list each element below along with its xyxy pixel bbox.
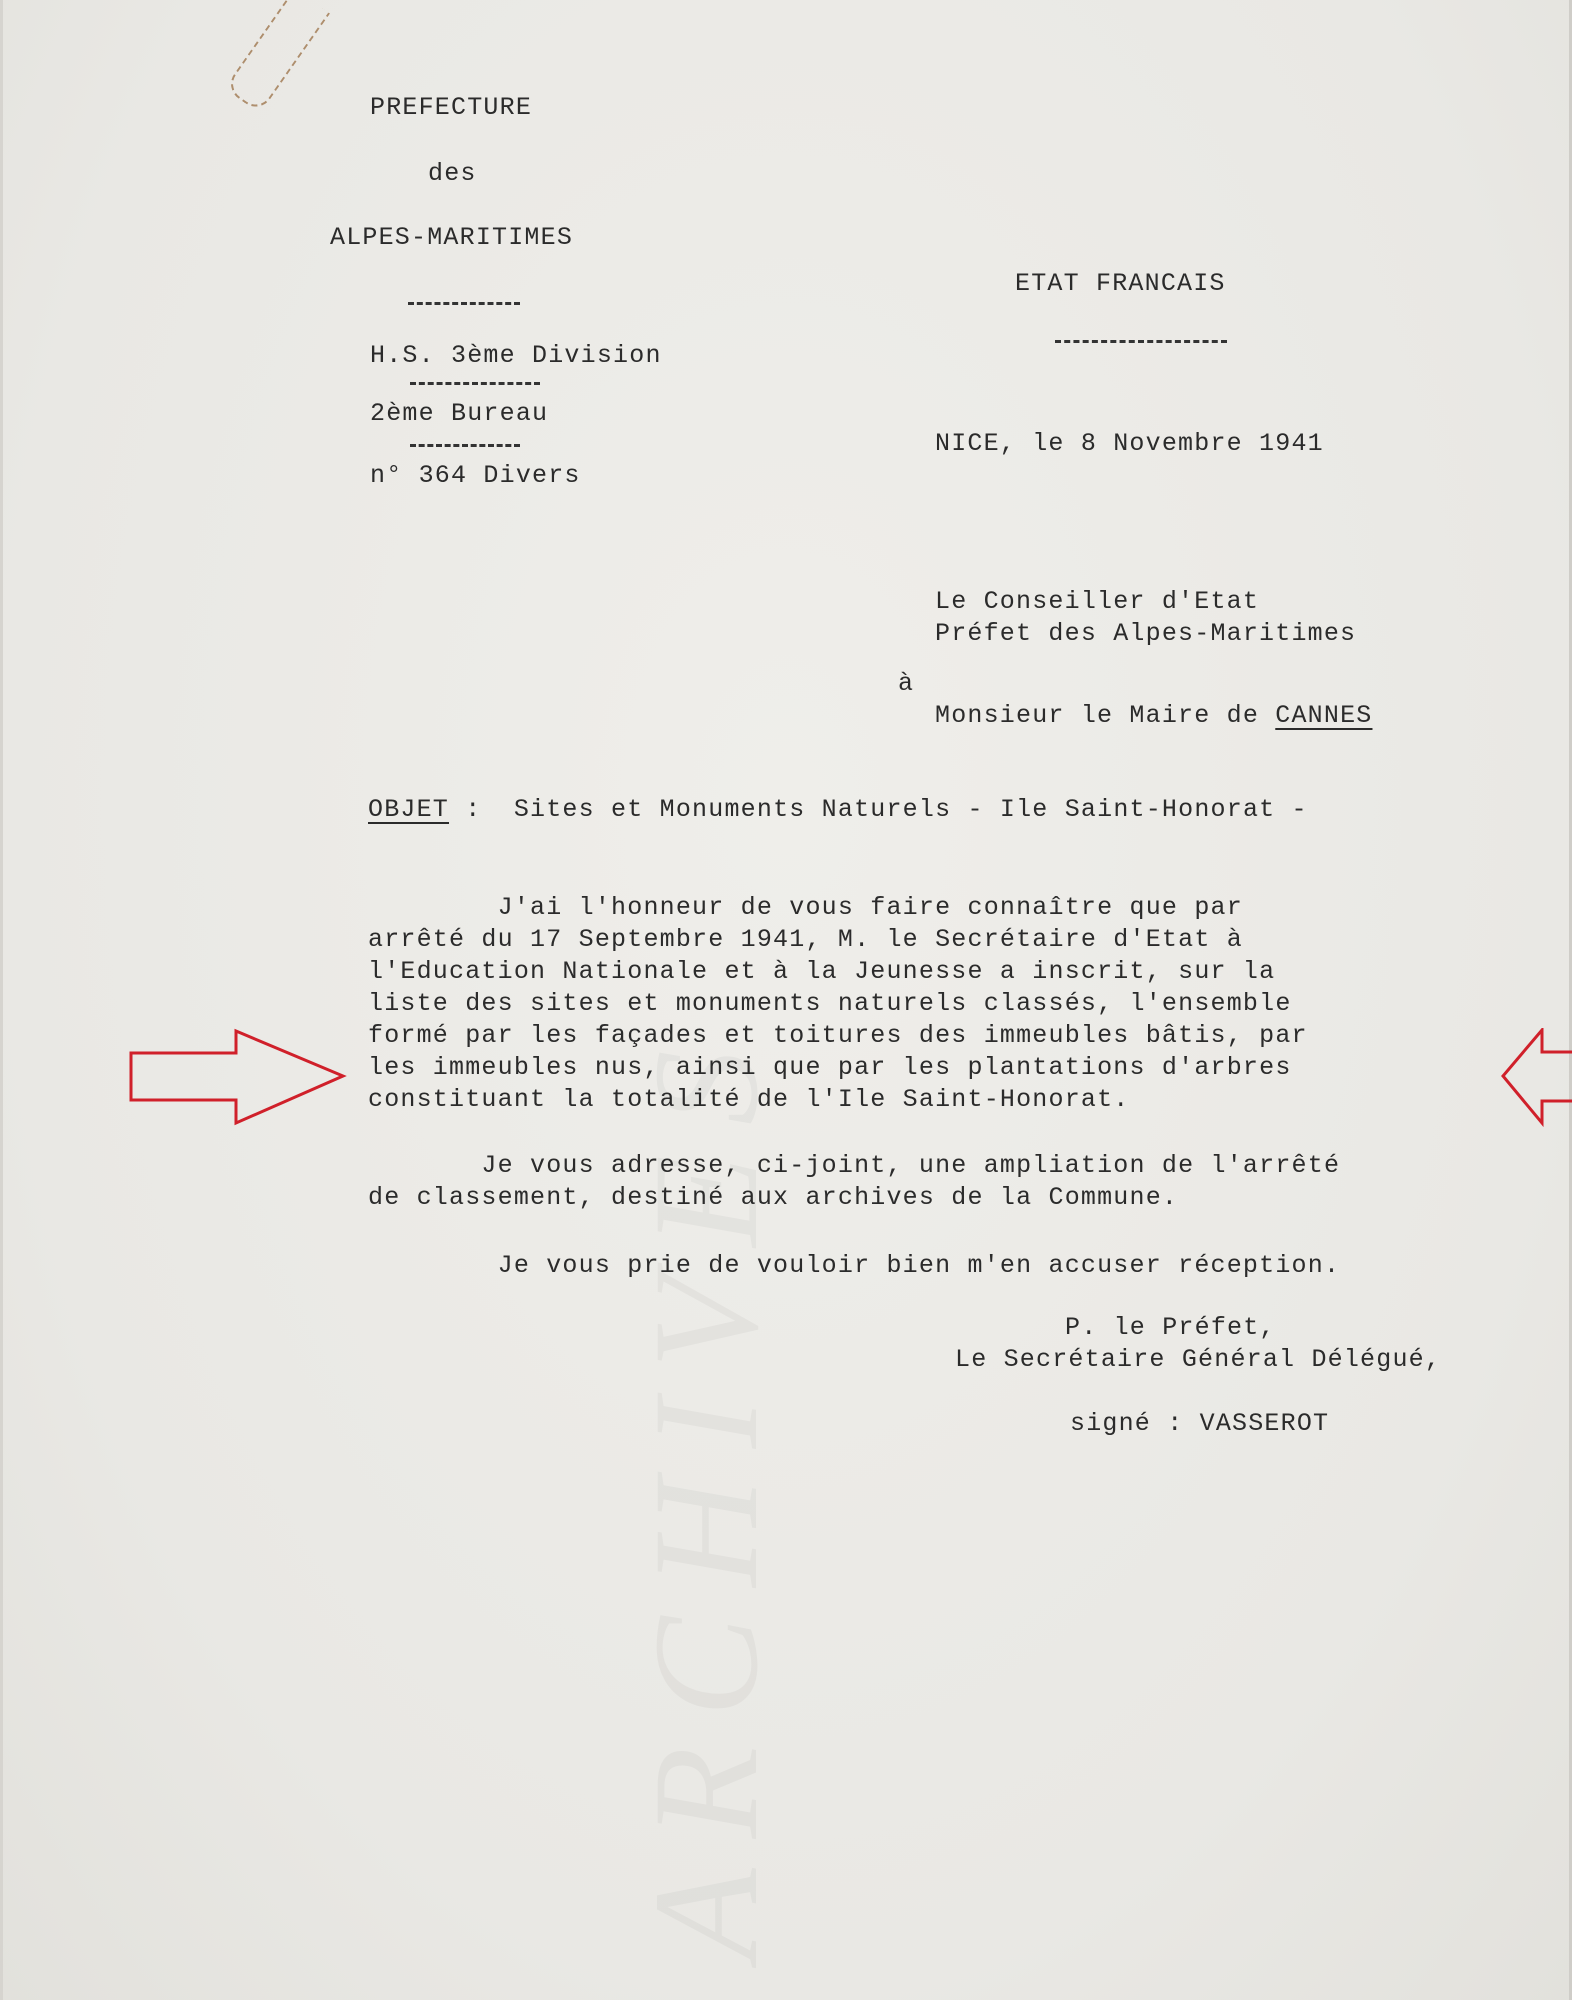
paragraph-line: les immeubles nus, ainsi que par les pla…: [368, 1052, 1292, 1084]
subject-separator: :: [449, 795, 481, 824]
left-arrow-icon: [1500, 1028, 1572, 1128]
subject-line: OBJET : Sites et Monuments Naturels - Il…: [368, 794, 1308, 826]
signature-line-3: signé : VASSEROT: [1070, 1408, 1329, 1440]
subject-label: OBJET: [368, 795, 449, 824]
paragraph-line: arrêté du 17 Septembre 1941, M. le Secré…: [368, 924, 1243, 956]
subject-text: Sites et Monuments Naturels - Ile Saint-…: [514, 795, 1308, 824]
divider-rule: [1055, 340, 1227, 343]
recipient: Monsieur le Maire de CANNES: [935, 700, 1372, 732]
paragraph-3: Je vous prie de vouloir bien m'en accuse…: [368, 1250, 1340, 1282]
paragraph-line: liste des sites et monuments naturels cl…: [368, 988, 1292, 1020]
prefecture-heading: PREFECTURE: [370, 92, 532, 124]
place-date: NICE, le 8 Novembre 1941: [935, 428, 1324, 460]
addressed-to: à: [898, 668, 914, 700]
sender-title: Le Conseiller d'Etat: [935, 586, 1259, 618]
paragraph-line: l'Education Nationale et à la Jeunesse a…: [368, 956, 1275, 988]
signature-line-1: P. le Préfet,: [1065, 1312, 1276, 1344]
page-edge-left: [0, 0, 3, 2000]
signature-line-2: Le Secrétaire Général Délégué,: [955, 1344, 1441, 1376]
divider-rule: [410, 444, 520, 447]
regime-heading: ETAT FRANCAIS: [1015, 268, 1226, 300]
divider-rule: [408, 302, 520, 305]
reference-number: n° 364 Divers: [370, 460, 581, 492]
division-label: H.S. 3ème Division: [370, 340, 662, 372]
prefecture-department: ALPES-MARITIMES: [330, 222, 573, 254]
paragraph-line: formé par les façades et toitures des im…: [368, 1020, 1308, 1052]
staple-mark: [224, 0, 330, 114]
prefecture-des: des: [428, 158, 477, 190]
sender-office: Préfet des Alpes-Maritimes: [935, 618, 1356, 650]
divider-rule: [410, 382, 540, 385]
paragraph-line: Je vous adresse, ci-joint, une ampliatio…: [368, 1150, 1340, 1182]
document-page: ARCHIVES PREFECTURE des ALPES-MARITIMES …: [0, 0, 1572, 2000]
recipient-city: CANNES: [1275, 701, 1372, 730]
paragraph-line: de classement, destiné aux archives de l…: [368, 1182, 1178, 1214]
right-arrow-icon: [128, 1028, 348, 1128]
recipient-prefix: Monsieur le Maire de: [935, 701, 1275, 730]
paragraph-line: J'ai l'honneur de vous faire connaître q…: [368, 892, 1243, 924]
bureau-label: 2ème Bureau: [370, 398, 548, 430]
paragraph-line: constituant la totalité de l'Ile Saint-H…: [368, 1084, 1130, 1116]
